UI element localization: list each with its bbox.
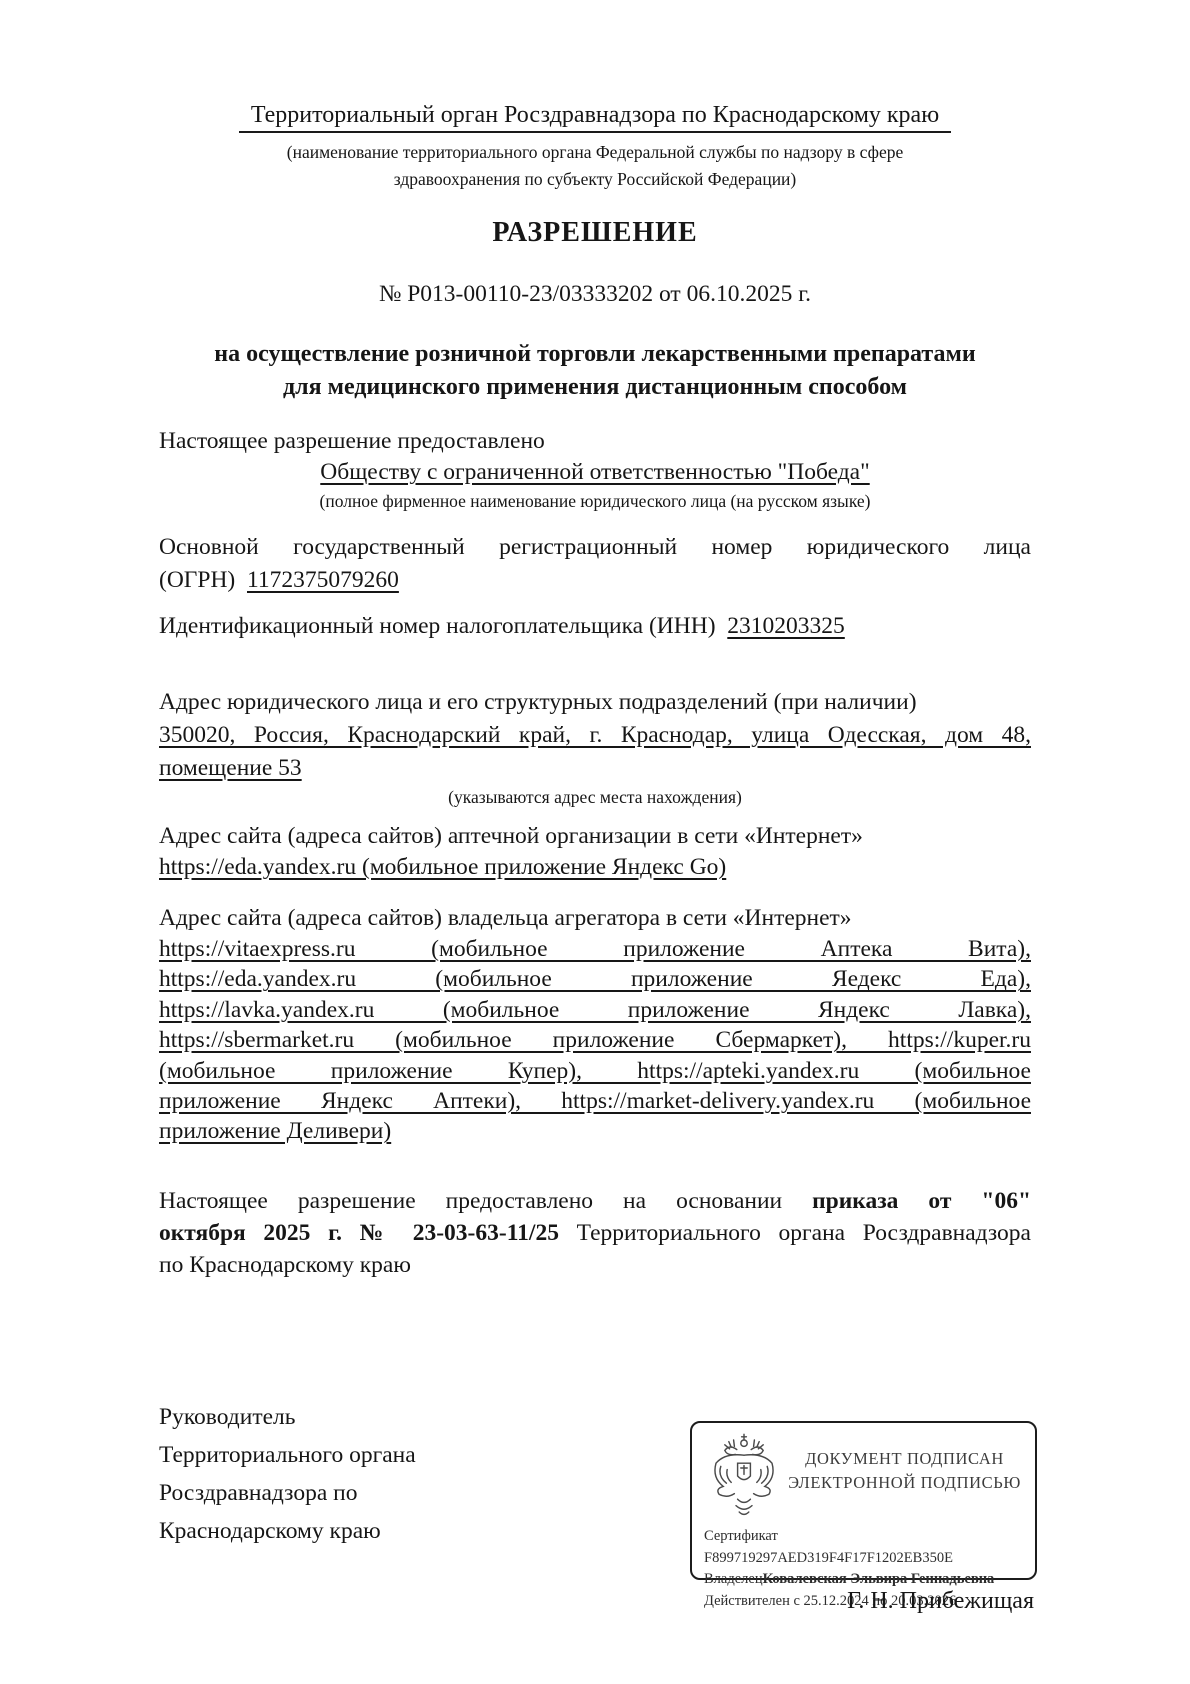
signatory-position-line3: Росздравнадзора по [159,1474,416,1512]
aggregator-sites-heading: Адрес сайта (адреса сайтов) владельца аг… [159,903,1031,934]
legal-address-line2: помещение 53 [159,752,1031,785]
basis-line2-bold: октября 2025 г. № 23-03-63-11/25 [159,1220,559,1246]
signatory-position-line4: Краснодарскому краю [159,1512,416,1550]
issuing-authority-title: Территориальный орган Росздравнадзора по… [159,102,1031,129]
basis-line1: Настоящее разрешение предоставлено на ос… [159,1185,1031,1217]
aggregator-line1-text: https://vitaexpress.ru (мобильное прилож… [159,936,1031,962]
aggregator-line: приложение Деливери) [159,1116,1031,1146]
signatory-position-line1: Руководитель [159,1398,416,1436]
certificate-label: Сертификат [704,1528,778,1544]
basis-line1-bold: приказа от "06" [812,1188,1031,1214]
ogrn-value: 1172375079260 [247,567,399,593]
issuing-authority-title-text: Территориальный орган Росздравнадзора по… [239,102,951,133]
aggregator-line: приложение Яндекс Аптеки), https://marke… [159,1086,1031,1116]
aggregator-line4-text: https://sbermarket.ru (мобильное приложе… [159,1027,1031,1053]
aggregator-line: https://eda.yandex.ru (мобильное приложе… [159,964,1031,994]
inn-line: Идентификационный номер налогоплательщик… [159,611,1031,642]
signer-name: Г. Н. Прибежищая [847,1588,1034,1615]
ogrn-block: Основной государственный регистрационный… [159,531,1031,597]
aggregator-line5-text: (мобильное приложение Купер), https://ap… [159,1058,1031,1084]
owner-label: Владелец [704,1571,763,1587]
issuing-authority-caption: (наименование территориального органа Фе… [159,139,1031,193]
legal-address-line1: 350020, Россия, Краснодарский край, г. К… [159,719,1031,752]
digital-signature-stamp: ДОКУМЕНТ ПОДПИСАН ЭЛЕКТРОННОЙ ПОДПИСЬЮ С… [690,1421,1037,1580]
legal-address-line1-text: 350020, Россия, Краснодарский край, г. К… [159,722,1031,748]
pharmacy-site-heading: Адрес сайта (адреса сайтов) аптечной орг… [159,821,1031,852]
stamp-certificate-line: Сертификат F899719297AED319F4F17F1202EB3… [704,1526,1021,1569]
aggregator-line: https://vitaexpress.ru (мобильное прилож… [159,934,1031,964]
certificate-value: F899719297AED319F4F17F1202EB350E [704,1550,953,1566]
document-type-heading: РАЗРЕШЕНИЕ [159,217,1031,249]
permit-subject-line2: для медицинского применения дистанционны… [159,371,1031,404]
signatory-position-line2: Территориального органа [159,1436,416,1474]
coat-of-arms-icon [704,1431,788,1526]
issuing-authority-caption-line2: здравоохранения по субъекту Российской Ф… [159,166,1031,193]
aggregator-line: https://sbermarket.ru (мобильное приложе… [159,1025,1031,1055]
basis-line1-normal: Настоящее разрешение предоставлено на ос… [159,1188,812,1214]
aggregator-line2-text: https://eda.yandex.ru (мобильное приложе… [159,966,1031,992]
ogrn-line1: Основной государственный регистрационный… [159,531,1031,564]
permit-document-page: { "header": { "org_title": "Территориаль… [0,0,1190,1684]
basis-line2-normal: Территориального органа Росздравнадзора [559,1220,1031,1246]
aggregator-line6-text: приложение Яндекс Аптеки), https://marke… [159,1088,1031,1114]
basis-line3: по Краснодарскому краю [159,1249,1031,1281]
aggregator-line: https://lavka.yandex.ru (мобильное прило… [159,995,1031,1025]
signatory-position-block: Руководитель Территориального органа Рос… [159,1398,416,1550]
legal-address-caption: (указываются адрес места нахождения) [159,785,1031,809]
aggregator-line: (мобильное приложение Купер), https://ap… [159,1056,1031,1086]
stamp-title: ДОКУМЕНТ ПОДПИСАН ЭЛЕКТРОННОЙ ПОДПИСЬЮ [788,1431,1021,1495]
issuing-authority-caption-line1: (наименование территориального органа Фе… [159,139,1031,166]
basis-line2: октября 2025 г. № 23-03-63-11/25 Террито… [159,1217,1031,1249]
legal-address-line2-text: помещение 53 [159,755,302,781]
permit-subject: на осуществление розничной торговли лека… [159,338,1031,404]
permit-subject-line1: на осуществление розничной торговли лека… [159,338,1031,371]
pharmacy-site-url: https://eda.yandex.ru (мобильное приложе… [159,854,726,880]
stamp-title-line1: ДОКУМЕНТ ПОДПИСАН [788,1447,1021,1471]
inn-value: 2310203325 [727,613,845,639]
basis-paragraph: Настоящее разрешение предоставлено на ос… [159,1185,1031,1281]
stamp-top-row: ДОКУМЕНТ ПОДПИСАН ЭЛЕКТРОННОЙ ПОДПИСЬЮ [704,1431,1021,1526]
granted-intro: Настоящее разрешение предоставлено [159,426,1031,456]
inn-label: Идентификационный номер налогоплательщик… [159,613,716,639]
document-number-line: № Р013-00110-23/03333202 от 06.10.2025 г… [159,281,1031,308]
pharmacy-site-line: https://eda.yandex.ru (мобильное приложе… [159,852,1031,883]
aggregator-line3-text: https://lavka.yandex.ru (мобильное прило… [159,997,1031,1023]
owner-value: Ковалевская Эльвира Геннадьевна [763,1571,995,1587]
company-name-caption: (полное фирменное наименование юридическ… [159,489,1031,513]
aggregator-line7-text: приложение Деливери) [159,1118,391,1144]
company-name: Обществу с ограниченной ответственностью… [320,459,869,485]
company-name-line: Обществу с ограниченной ответственностью… [159,456,1031,489]
document-content: Территориальный орган Росздравнадзора по… [159,0,1031,1281]
legal-address-heading: Адрес юридического лица и его структурны… [159,686,1031,719]
stamp-title-line2: ЭЛЕКТРОННОЙ ПОДПИСЬЮ [788,1471,1021,1495]
ogrn-line2: (ОГРН) 1172375079260 [159,564,1031,597]
ogrn-label: (ОГРН) [159,567,235,593]
